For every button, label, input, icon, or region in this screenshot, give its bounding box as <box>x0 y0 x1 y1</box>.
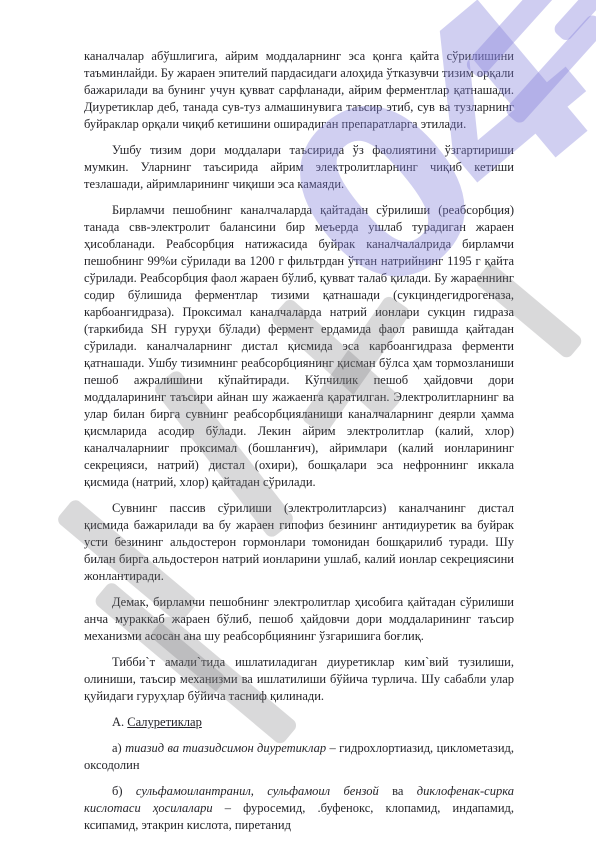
list-item-b: б) сульфамоилантранил, сульфамоил бензой… <box>84 783 514 834</box>
section-heading: А. Салуретиклар <box>84 714 514 731</box>
list-item-a-term: тиазид ва тиазидсимон диуретиклар <box>125 741 326 755</box>
paragraph-4: Сувнинг пассив сўрилиши (электролитларси… <box>84 500 514 585</box>
list-item-b-marker: б) <box>112 784 136 798</box>
list-item-a: а) тиазид ва тиазидсимон диуретиклар – г… <box>84 740 514 774</box>
paragraph-6: Тибби`т амали`тида ишлатиладиган диурети… <box>84 654 514 705</box>
list-item-a-marker: а) <box>112 741 125 755</box>
section-heading-title: Салуретиклар <box>127 715 202 729</box>
document-text-block: каналчалар абўшлигига, айрим моддаларнин… <box>0 0 596 842</box>
paragraph-2: Ушбу тизим дори моддалари таъсирида ўз ф… <box>84 142 514 193</box>
section-heading-prefix: А. <box>112 715 127 729</box>
paragraph-5: Демак, бирламчи пешобнинг электролитлар … <box>84 594 514 645</box>
document-page: каналчалар абўшлигига, айрим моддаларнин… <box>0 0 596 842</box>
list-item-b-conjunction: ва <box>379 784 417 798</box>
list-item-b-term-1: сульфамоилантранил, сульфамоил бензой <box>136 784 379 798</box>
paragraph-1: каналчалар абўшлигига, айрим моддаларнин… <box>84 48 514 133</box>
paragraph-3: Бирламчи пешобнинг каналчаларда қайтадан… <box>84 202 514 491</box>
